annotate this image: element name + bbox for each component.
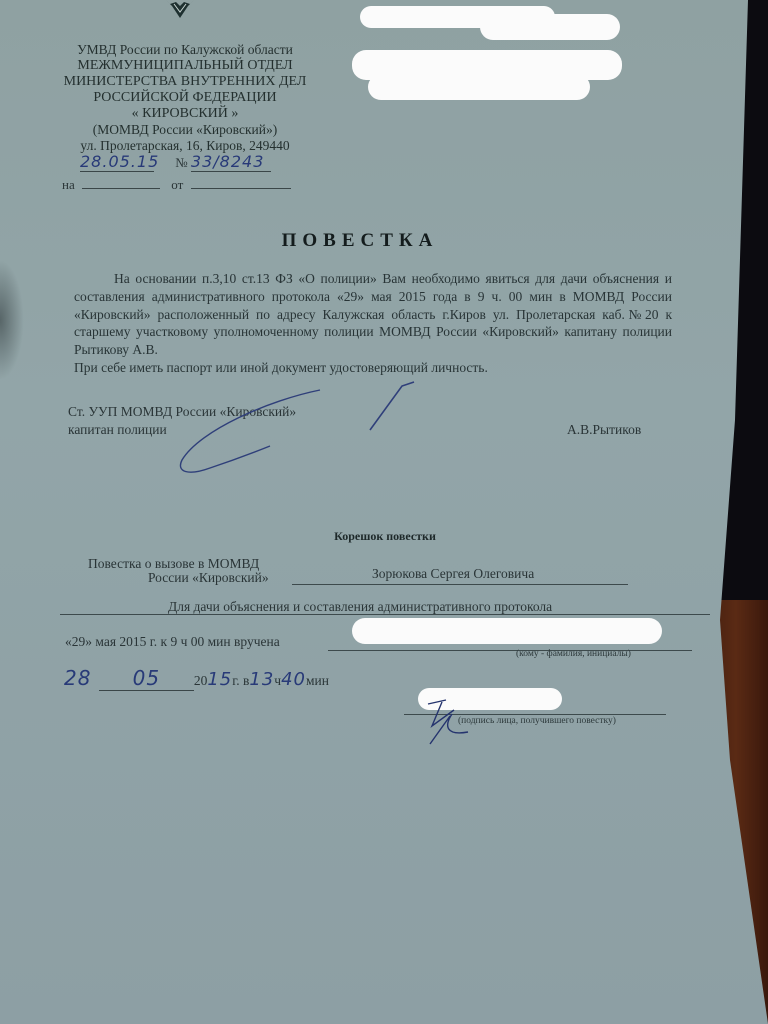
purpose-underline — [60, 614, 710, 615]
summons-body: На основании п.3,10 ст.13 ФЗ «О полиции»… — [74, 270, 672, 377]
issue-number: 33/8243 — [191, 152, 271, 172]
officer-name: А.В.Рытиков — [567, 422, 641, 438]
received-year: 15 — [207, 669, 232, 690]
stub-purpose: Для дачи объяснения и составления админи… — [168, 599, 552, 615]
issuer-line-1: УМВД России по Калужской области — [60, 42, 310, 58]
issuer-line-6: (МОМВД России «Кировский») — [60, 122, 310, 138]
received-hour: 13 — [249, 669, 274, 690]
recipient-caption: (кому - фамилия, инициалы) — [516, 649, 631, 659]
summoned-person-name: Зорюкова Сергея Олеговича — [372, 566, 534, 582]
summons-paragraph: На основании п.3,10 ст.13 ФЗ «О полиции»… — [74, 270, 672, 359]
received-minute: 40 — [281, 669, 306, 690]
recipient-underline — [328, 650, 692, 651]
finger-shadow — [0, 260, 24, 380]
na-label: на — [62, 177, 75, 192]
issuer-block: УМВД России по Калужской области МЕЖМУНИ… — [60, 42, 310, 154]
recipient-signature — [424, 696, 504, 746]
issue-date: 28.05.15 — [80, 152, 154, 172]
stub-line-2-label: России «Кировский» — [148, 570, 269, 586]
summons-documents-note: При себе иметь паспорт или иной документ… — [74, 359, 672, 377]
received-g-label: г. в — [232, 673, 249, 688]
officer-signature — [170, 380, 430, 480]
received-day: 28 — [64, 666, 91, 690]
received-datetime: 28 052015г. в13ч40мин — [64, 666, 329, 691]
date-number-line: 28.05.15 № 33/8243 — [80, 152, 310, 172]
emblem-icon — [160, 0, 200, 20]
received-year-prefix: 20 — [194, 673, 208, 688]
redaction-1b — [480, 14, 620, 40]
na-field — [82, 188, 160, 189]
issuer-line-5: « КИРОВСКИЙ » — [60, 106, 310, 122]
redaction-recipient — [352, 618, 662, 644]
stub-title: Корешок повестки — [0, 529, 768, 544]
document-paper: УМВД России по Калужской области МЕЖМУНИ… — [0, 0, 768, 1024]
issuer-line-3: МИНИСТЕРСТВА ВНУТРЕННИХ ДЕЛ — [60, 74, 310, 90]
ot-label: от — [171, 177, 183, 192]
issuer-line-4: РОССИЙСКОЙ ФЕДЕРАЦИИ — [60, 90, 310, 106]
received-month: 05 — [99, 666, 194, 691]
stub-appointment: «29» мая 2015 г. к 9 ч 00 мин вручена — [65, 634, 280, 650]
document-title: ПОВЕСТКА — [0, 230, 720, 252]
name-underline — [292, 584, 628, 585]
minute-label: мин — [306, 673, 329, 688]
na-ot-line: на от — [62, 177, 291, 193]
ot-field — [191, 188, 291, 189]
redaction-3 — [368, 74, 590, 100]
number-label: № — [175, 155, 187, 170]
issuer-line-2: МЕЖМУНИЦИПАЛЬНЫЙ ОТДЕЛ — [60, 58, 310, 74]
